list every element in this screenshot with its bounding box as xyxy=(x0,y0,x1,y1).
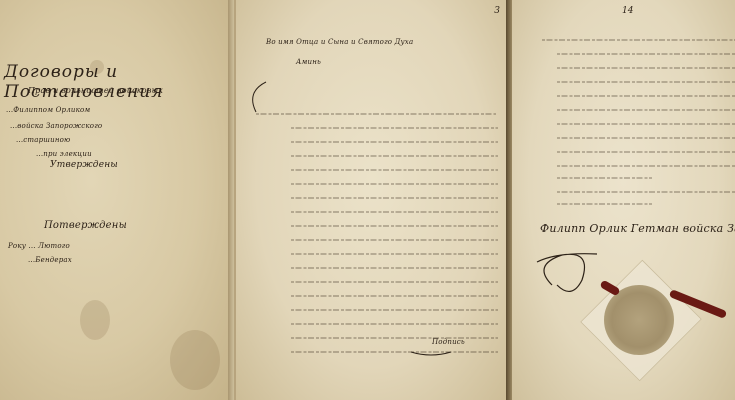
text-line: ...Филиппом Орликом xyxy=(6,106,90,114)
middle-manuscript-page: 3 Во имя Отца и Сына и Святого Духа Амин… xyxy=(234,0,508,400)
left-manuscript-page: Договоры и Постановления Прав и вольност… xyxy=(0,0,228,400)
text-line: Року ... Лютого xyxy=(8,242,70,250)
text-line: Утверждены xyxy=(50,160,118,170)
stain xyxy=(170,330,220,390)
left-page-subtitle: Прав и вольностей войсковых xyxy=(28,86,163,95)
left-page-title: Договоры и Постановления xyxy=(4,62,228,102)
signature: Филипп Орлик Гетман войска Запорожского xyxy=(540,222,735,235)
text-line: ...войска Запорожского xyxy=(10,122,102,130)
wax-seal xyxy=(604,285,674,355)
stain xyxy=(80,300,110,340)
closing-signature: Подпись xyxy=(432,338,465,346)
text-line: ...старшиною xyxy=(16,136,70,144)
text-line: Потверждены xyxy=(44,220,127,231)
handwriting-lines xyxy=(236,0,508,400)
text-line: ...при элекции xyxy=(36,150,92,158)
text-line: ...Бендерах xyxy=(28,256,72,264)
